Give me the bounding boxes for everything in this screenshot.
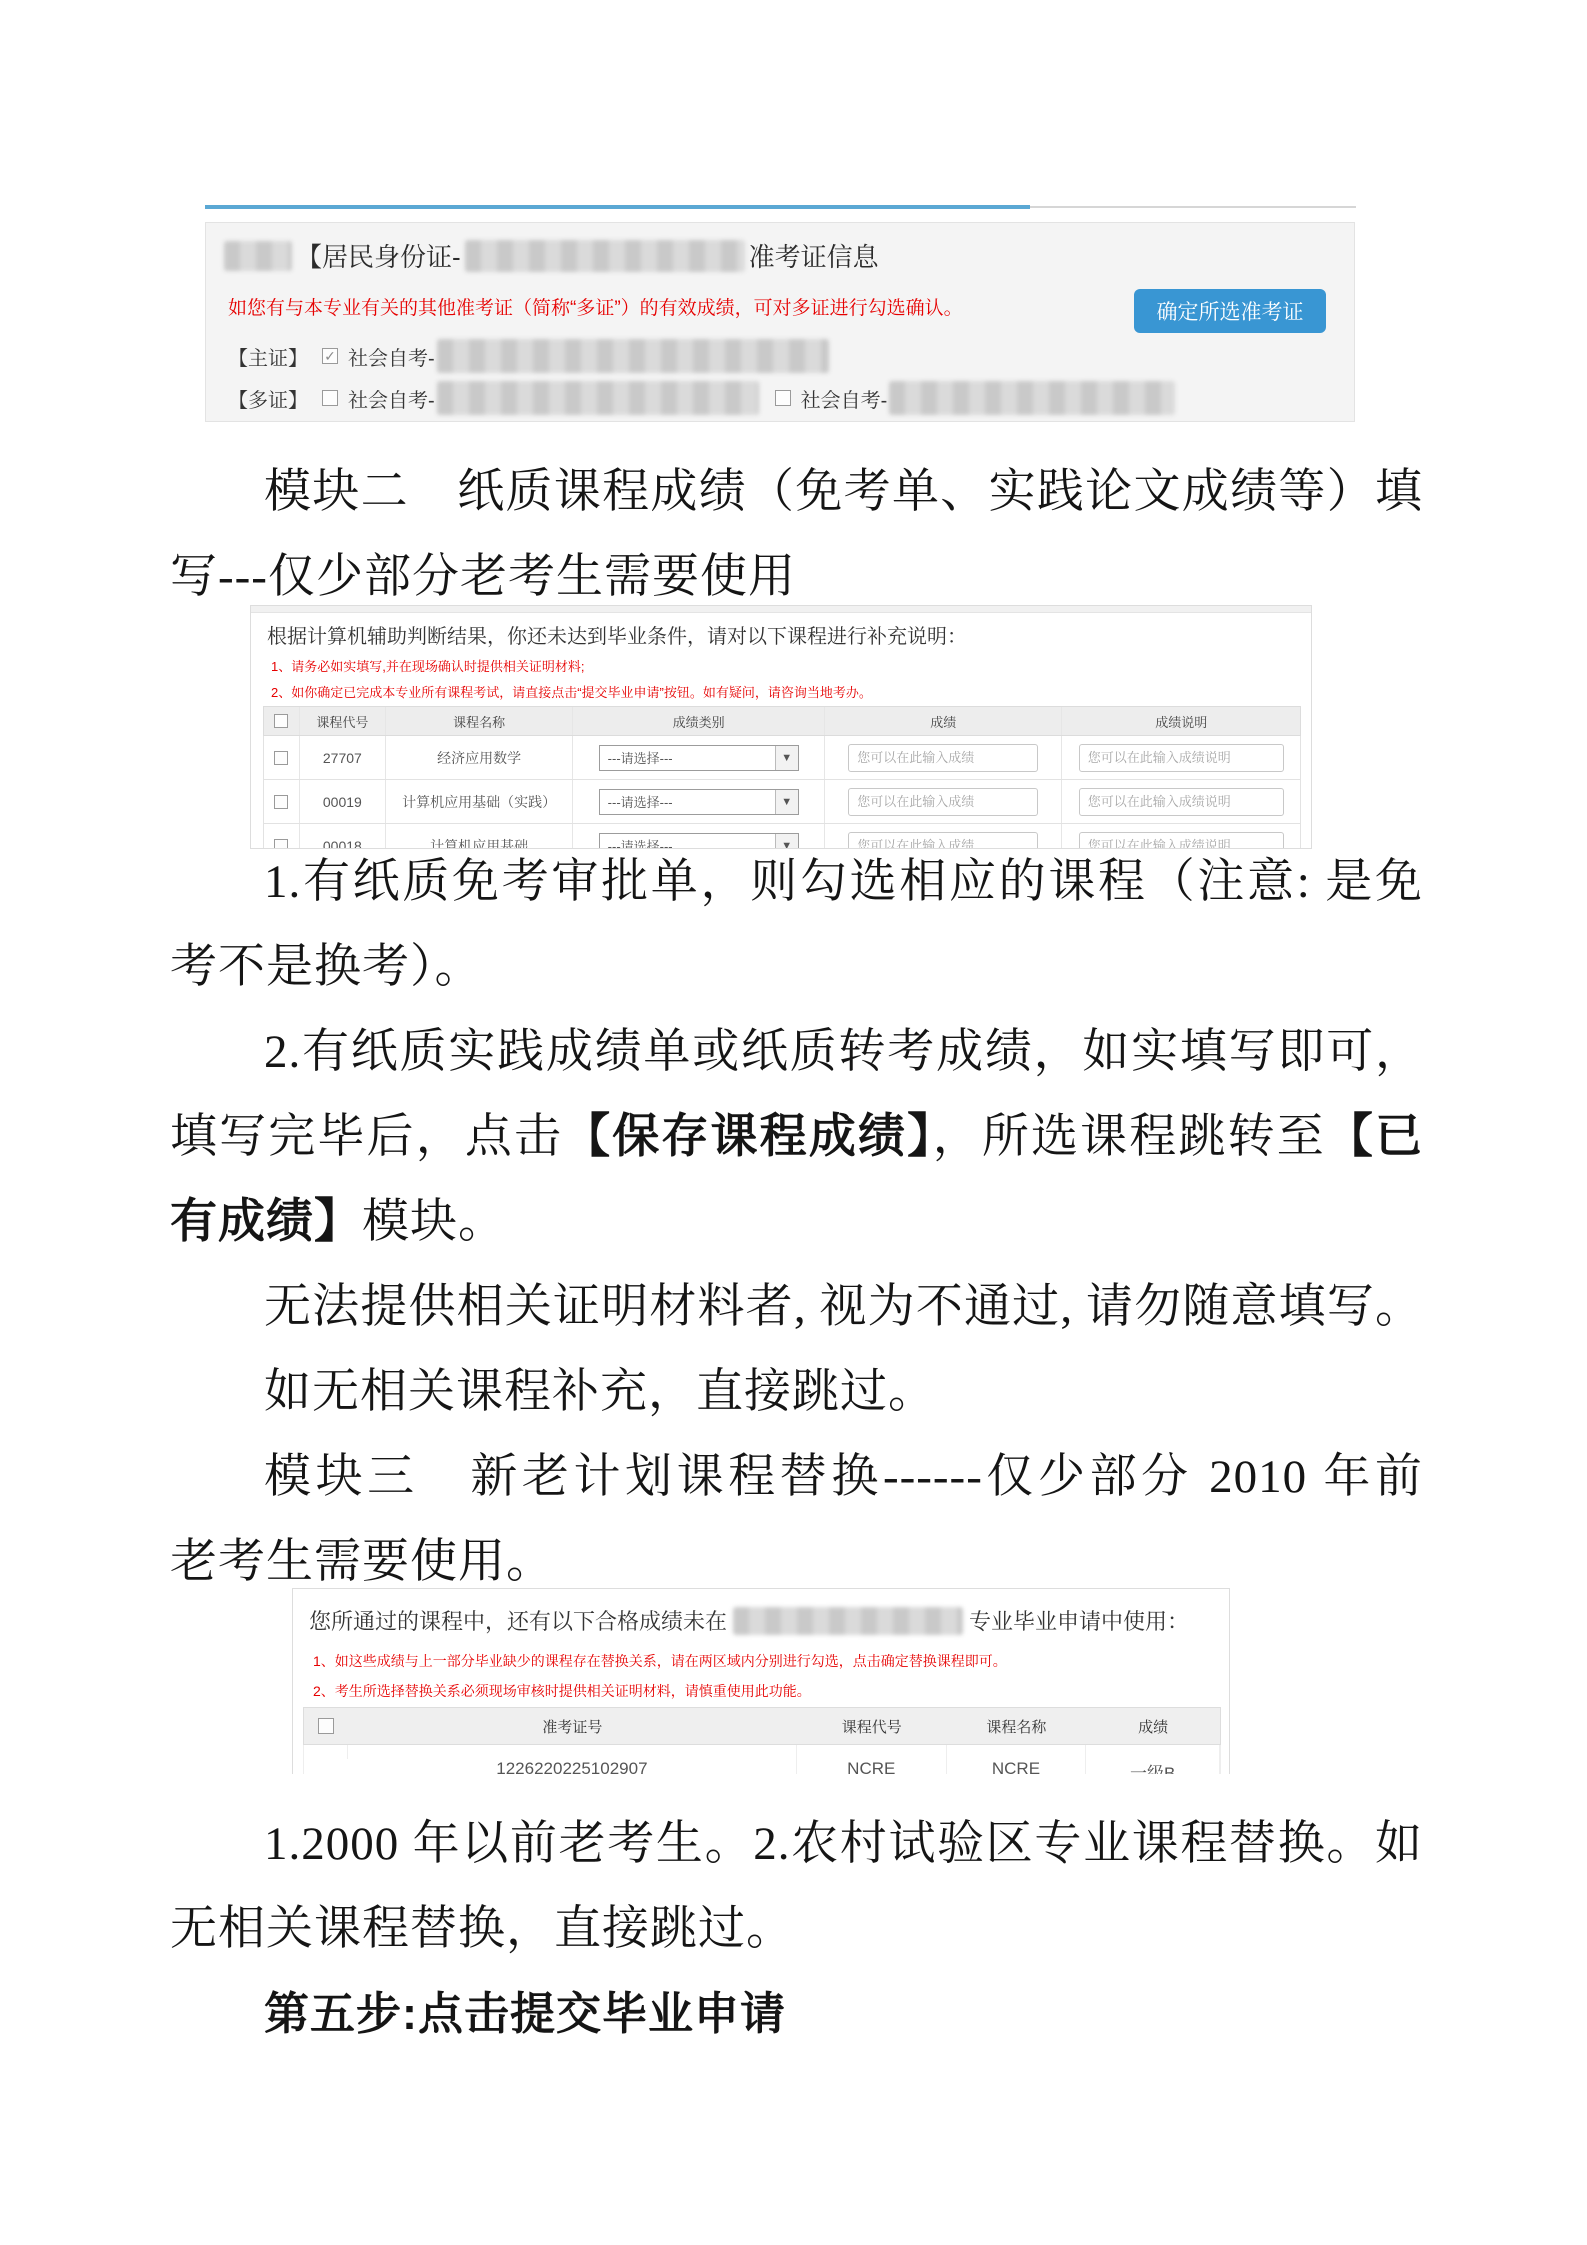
course-name: 计算机应用基础 [386,824,574,849]
divider-gray [1030,206,1356,208]
main-cert-row: 【主证】 ✓ 社会自考- [228,339,829,373]
multi-cert-text-1: 社会自考- [348,384,435,413]
multi-cert-checkbox-2[interactable] [775,390,791,406]
select-all-checkbox[interactable] [318,1718,334,1734]
replacement-table: 准考证号 课程代号 课程名称 成绩 1226220225102907 NCRE … [303,1707,1221,1774]
multi-cert-notice: 如您有与本专业有关的其他准考证（简称“多证”）的有效成绩，可对多证进行勾选确认。 [228,293,963,320]
select-value: ---请选择--- [600,792,775,811]
course-code: 27707 [300,736,386,779]
para1-line2: 考不是换考）。 [170,937,1423,997]
header-score: 成绩 [825,707,1063,735]
table-row: 00018 计算机应用基础 ---请选择--- ▼ [263,824,1301,849]
header-score: 成绩 [1086,1708,1220,1744]
replacement-warning-2: 2、考生所选择替换关系必须现场审核时提供相关证明材料，请慎重使用此功能。 [313,1681,811,1701]
table-row: 27707 经济应用数学 ---请选择--- ▼ [263,736,1301,780]
header-score-note: 成绩说明 [1062,707,1300,735]
redacted-block [224,241,292,271]
score-note-input[interactable] [1079,788,1284,816]
header-ticket-number: 准考证号 [348,1708,797,1744]
module2-heading-line1: 模块二 纸质课程成绩（免考单、实践论文成绩等）填 [170,462,1423,522]
score-input[interactable] [848,788,1038,816]
redacted-block [889,381,1175,415]
module3-heading-line1: 模块三 新老计划课程替换------仅少部分 2010 年前 [170,1447,1423,1507]
para5-line1: 1.2000 年以前老考生。2.农村试验区专业课程替换。如 [170,1814,1423,1874]
score-type-select[interactable]: ---请选择--- ▼ [599,745,799,771]
para2-line2-c: ，所选课程跳转至 [933,1111,1326,1163]
redacted-block [437,339,829,373]
course-code: NCRE [797,1745,947,1774]
replacement-title-b: 专业毕业申请中使用： [969,1605,1189,1636]
row-checkbox[interactable] [274,839,288,850]
module2-heading-line2: 写---仅少部分老考生需要使用 [170,547,1423,607]
score-note-input[interactable] [1079,832,1284,850]
para3: 无法提供相关证明材料者, 视为不通过, 请勿随意填写。 [170,1277,1423,1337]
select-value: ---请选择--- [600,748,775,767]
confirm-ticket-button[interactable]: 确定所选准考证 [1134,289,1326,333]
main-cert-checkbox[interactable]: ✓ [322,348,338,364]
clipped-row-strip [251,606,1311,613]
redacted-block [437,381,759,415]
course-score: 一级B [1086,1745,1220,1774]
header-course-code: 课程代号 [797,1708,947,1744]
existing-score-ref: 有成绩】 [170,1196,362,1248]
row-checkbox[interactable] [274,795,288,809]
score-table-header: 课程代号 课程名称 成绩类别 成绩 成绩说明 [263,706,1301,736]
course-code: 00018 [300,824,386,849]
score-input[interactable] [848,832,1038,850]
replacement-table-header: 准考证号 课程代号 课程名称 成绩 [303,1707,1221,1745]
select-all-checkbox[interactable] [274,714,288,728]
header-course-code: 课程代号 [300,707,386,735]
document-page: 【居民身份证- 准考证信息 如您有与本专业有关的其他准考证（简称“多证”）的有效… [0,0,1587,2245]
ticket-panel-title: 【居民身份证- 准考证信息 [224,237,879,274]
redacted-block [465,240,745,272]
course-code: 00019 [300,780,386,823]
header-score-type: 成绩类别 [573,707,825,735]
score-note-input[interactable] [1079,744,1284,772]
chevron-down-icon: ▼ [775,746,798,770]
para4: 如无相关课程补充，直接跳过。 [170,1362,1423,1422]
score-type-select[interactable]: ---请选择--- ▼ [599,789,799,815]
score-supplement-panel: 根据计算机辅助判断结果，你还未达到毕业条件，请对以下课程进行补充说明： 1、请务… [250,605,1312,849]
chevron-down-icon: ▼ [775,834,798,850]
ticket-title-suffix: 准考证信息 [749,237,879,274]
replacement-warning-1: 1、如这些成绩与上一部分毕业缺少的课程存在替换关系，请在两区域内分别进行勾选，点… [313,1651,1007,1671]
para2-line2-a: 填写完毕后，点击 [170,1111,563,1163]
score-panel-warning-1: 1、请务必如实填写,并在现场确认时提供相关证明材料; [271,656,584,675]
para2-line3-b: 模块。 [362,1196,506,1248]
header-course-name: 课程名称 [947,1708,1087,1744]
table-row-clipped: 1226220225102907 NCRE NCRE 一级B [303,1745,1221,1774]
para2-line2: 填写完毕后，点击【保存课程成绩】，所选课程跳转至【已 [170,1107,1423,1167]
score-panel-warning-2: 2、如你确定已完成本专业所有课程考试，请直接点击“提交毕业申请”按钮。如有疑问，… [271,682,872,701]
para2-line1: 2.有纸质实践成绩单或纸质转考成绩，如实填写即可， [170,1022,1423,1082]
ticket-panel: 【居民身份证- 准考证信息 如您有与本专业有关的其他准考证（简称“多证”）的有效… [205,222,1355,422]
replacement-title-a: 您所通过的课程中，还有以下合格成绩未在 [309,1605,727,1636]
para2-line3: 有成绩】模块。 [170,1192,1423,1252]
select-value: ---请选择--- [600,836,775,849]
table-row: 00019 计算机应用基础（实践） ---请选择--- ▼ [263,780,1301,824]
course-name: 计算机应用基础（实践） [386,780,574,823]
course-replacement-panel: 您所通过的课程中，还有以下合格成绩未在 专业毕业申请中使用： 1、如这些成绩与上… [292,1588,1230,1774]
multi-cert-checkbox-1[interactable] [322,390,338,406]
multi-cert-text-2: 社会自考- [801,384,888,413]
course-name: NCRE [947,1745,1087,1774]
check-icon: ✓ [324,348,336,365]
save-score-ref: 【保存课程成绩】 [563,1111,933,1163]
ticket-title-prefix: 【居民身份证- [296,237,461,274]
divider-blue [205,205,1030,209]
para1-line1: 1.有纸质免考审批单，则勾选相应的课程（注意: 是免 [170,852,1423,912]
score-type-select[interactable]: ---请选择--- ▼ [599,833,799,850]
multi-cert-label: 【多证】 [228,384,308,413]
chevron-down-icon: ▼ [775,790,798,814]
score-panel-title: 根据计算机辅助判断结果，你还未达到毕业条件，请对以下课程进行补充说明： [267,620,967,649]
course-name: 经济应用数学 [386,736,574,779]
para5-line2: 无相关课程替换，直接跳过。 [170,1899,1423,1959]
redacted-block [733,1607,963,1635]
main-cert-text: 社会自考- [348,342,435,371]
main-cert-label: 【主证】 [228,342,308,371]
row-checkbox[interactable] [274,751,288,765]
para2-line2-d: 【已 [1326,1111,1423,1163]
replacement-title: 您所通过的课程中，还有以下合格成绩未在 专业毕业申请中使用： [309,1605,1189,1636]
header-course-name: 课程名称 [386,707,574,735]
step5-heading: 第五步:点击提交毕业申请 [170,1984,1423,2044]
module3-heading-line2: 老考生需要使用。 [170,1532,1423,1592]
ticket-number: 1226220225102907 [348,1745,797,1774]
multi-cert-row: 【多证】 社会自考- 社会自考- [228,381,1175,415]
score-input[interactable] [848,744,1038,772]
score-table: 课程代号 课程名称 成绩类别 成绩 成绩说明 27707 经济应用数学 ---请… [263,706,1301,849]
